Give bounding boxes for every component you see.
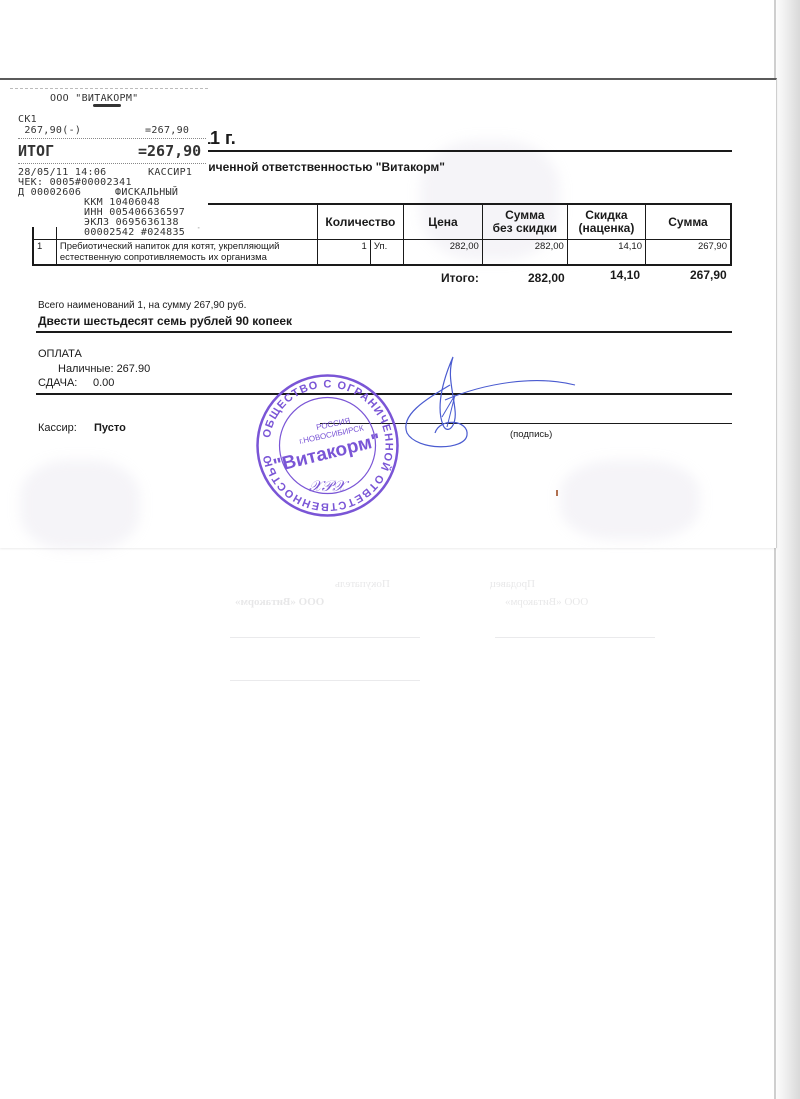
receipt-section: СК1 (18, 114, 37, 125)
payment-heading: ОПЛАТА (38, 348, 82, 360)
bleed-through-line (230, 680, 420, 681)
table-row: 1 Пребиотический напиток для котят, укре… (33, 240, 731, 266)
cell-num: 1 (33, 240, 56, 266)
receipt-cashier: КАССИР1 (148, 167, 192, 178)
header-sum-no-discount: Сумма без скидки (482, 204, 567, 240)
totals-label: Итого: (441, 271, 479, 285)
title-underline (201, 150, 732, 152)
cell-sum-no-discount: 282,00 (482, 240, 567, 266)
handwritten-signature (395, 355, 595, 455)
change-value: 0.00 (93, 377, 114, 389)
cell-quantity: 1 (317, 240, 370, 266)
receipt-separator (18, 163, 206, 166)
stamp-logo: 𝒳𝒫𝒳 (309, 477, 350, 495)
totals-discount: 14,10 (610, 268, 640, 282)
bleed-through-text: Продавец (490, 578, 535, 590)
receipt-total-value: =267,90 (138, 142, 201, 160)
words-underline (36, 331, 732, 333)
receipt-line-amount: 267,90(-) (18, 125, 81, 136)
receipt-code: 00002542 #024835 (84, 227, 185, 238)
cashier-value: Пусто (94, 422, 126, 434)
receipt-underline (93, 104, 121, 107)
header-sum: Сумма (646, 204, 732, 240)
paper-smudge (20, 460, 140, 550)
bleed-through-line (495, 637, 655, 638)
cell-sum: 267,90 (646, 240, 732, 266)
cell-item: Пребиотический напиток для котят, укрепл… (56, 240, 317, 266)
summary-line: Всего наименований 1, на сумму 267,90 ру… (38, 300, 246, 311)
cashier-label: Кассир: (38, 422, 77, 434)
header-quantity: Количество (317, 204, 403, 240)
cell-unit: Уп. (370, 240, 403, 266)
header-price: Цена (404, 204, 483, 240)
bleed-through-line (230, 637, 420, 638)
cell-discount: 14,10 (567, 240, 645, 266)
receipt-separator (18, 138, 206, 141)
paper-smudge (560, 460, 700, 540)
bleed-through-text: ООО «Витакорм» (235, 596, 324, 608)
cash-receipt: ООО "ВИТАКОРМ" СК1 267,90(-) =267,90 ИТО… (10, 88, 208, 227)
header-discount: Скидка (наценка) (567, 204, 645, 240)
receipt-org: ООО "ВИТАКОРМ" (50, 93, 139, 104)
scan-edge-shadow (774, 0, 800, 1099)
receipt-doc: Д 00002606 (18, 187, 81, 198)
totals-sum: 267,90 (690, 268, 727, 282)
bleed-through-text: Покупатель (335, 578, 390, 590)
payment-cash: Наличные: 267.90 (58, 363, 150, 375)
ink-mark (556, 490, 558, 496)
company-stamp: ОБЩЕСТВО С ОГРАНИЧЕННОЙ ОТВЕТСТВЕННОСТЬЮ… (255, 373, 400, 518)
amount-in-words: Двести шестьдесят семь рублей 90 копеек (38, 314, 292, 328)
supplier-name: ниченной ответственностью "Витакорм" (201, 160, 445, 174)
receipt-line-total: =267,90 (145, 125, 189, 136)
cell-price: 282,00 (404, 240, 483, 266)
change-label: СДАЧА: (38, 377, 77, 389)
bleed-through-text: ООО «Витакорм» (505, 596, 588, 608)
totals-sum-no-discount: 282,00 (528, 271, 565, 285)
receipt-total-label: ИТОГ (18, 142, 54, 160)
